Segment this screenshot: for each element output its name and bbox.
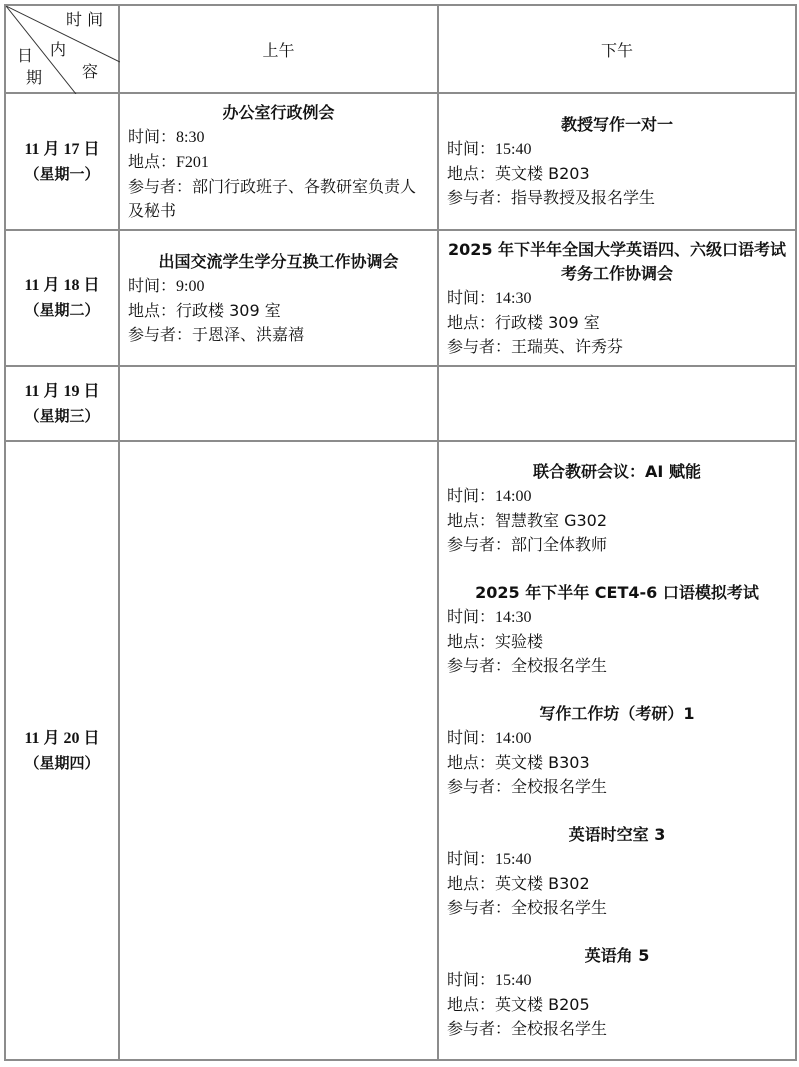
column-header-morning: 上午 [119, 5, 438, 93]
event-participants: 参与者：全校报名学生 [447, 1017, 787, 1041]
date-label: 11 月 18 日 [6, 274, 118, 298]
schedule-row-nov20: 11 月 20 日 （星期四） 联合教研会议：AI 赋能 时间：14:00 地点… [5, 441, 796, 1060]
event-title: 英语角 5 [447, 944, 787, 968]
weekday-label: （星期四） [6, 751, 118, 775]
schedule-row-nov19: 11 月 19 日 （星期三） [5, 366, 796, 441]
event-time: 时间：15:40 [447, 847, 787, 872]
morning-cell: 出国交流学生学分互换工作协调会 时间：9:00 地点：行政楼 309 室 参与者… [119, 230, 438, 366]
event-item: 英语时空室 3 时间：15:40 地点：英文楼 B302 参与者：全校报名学生 [447, 823, 787, 920]
event-place: 地点：智慧教室 G302 [447, 509, 787, 533]
event-participants: 参与者：全校报名学生 [447, 896, 787, 920]
event-participants: 参与者：全校报名学生 [447, 654, 787, 678]
weekday-label: （星期三） [6, 404, 118, 428]
date-label: 11 月 17 日 [6, 138, 118, 162]
header-row: 时 间 内 容 日 期 上午 下午 [5, 5, 796, 93]
date-cell: 11 月 19 日 （星期三） [5, 366, 119, 441]
column-header-afternoon: 下午 [438, 5, 796, 93]
weekday-label: （星期二） [6, 298, 118, 322]
event-place: 地点：实验楼 [447, 630, 787, 654]
event-participants: 参与者：王瑞英、许秀芬 [447, 335, 787, 359]
event-item: 英语角 5 时间：15:40 地点：英文楼 B205 参与者：全校报名学生 [447, 944, 787, 1041]
event-item: 2025 年下半年 CET4-6 口语模拟考试 时间：14:30 地点：实验楼 … [447, 581, 787, 678]
event-time: 时间：8:30 [128, 125, 429, 150]
event-place: 地点：行政楼 309 室 [128, 299, 429, 323]
weekday-label: （星期一） [6, 162, 118, 186]
schedule-row-nov18: 11 月 18 日 （星期二） 出国交流学生学分互换工作协调会 时间：9:00 … [5, 230, 796, 366]
event-item: 写作工作坊（考研）1 时间：14:00 地点：英文楼 B303 参与者：全校报名… [447, 702, 787, 799]
date-label: 11 月 20 日 [6, 727, 118, 751]
event-item: 办公室行政例会 时间：8:30 地点：F201 参与者：部门行政班子、各教研室负… [128, 101, 429, 223]
event-title: 教授写作一对一 [447, 113, 787, 137]
event-time: 时间：15:40 [447, 137, 787, 162]
event-place: 地点：英文楼 B303 [447, 751, 787, 775]
event-time: 时间：15:40 [447, 968, 787, 993]
event-time: 时间：14:30 [447, 286, 787, 311]
event-place: 地点：行政楼 309 室 [447, 311, 787, 335]
event-place: 地点：英文楼 B205 [447, 993, 787, 1017]
header-label-date-top: 日 [17, 48, 33, 64]
event-time: 时间：14:30 [447, 605, 787, 630]
event-participants: 参与者：部门全体教师 [447, 533, 787, 557]
date-cell: 11 月 18 日 （星期二） [5, 230, 119, 366]
weekly-schedule-table: 时 间 内 容 日 期 上午 下午 11 月 17 日 （星期一） 办公室行政例… [4, 4, 797, 1061]
event-title: 联合教研会议：AI 赋能 [447, 460, 787, 484]
header-label-time: 时 间 [66, 12, 103, 28]
event-title: 办公室行政例会 [128, 101, 429, 125]
date-cell: 11 月 17 日 （星期一） [5, 93, 119, 230]
event-participants: 参与者：于恩泽、洪嘉禧 [128, 323, 429, 347]
morning-cell-empty [119, 441, 438, 1060]
event-title: 英语时空室 3 [447, 823, 787, 847]
event-item: 教授写作一对一 时间：15:40 地点：英文楼 B203 参与者：指导教授及报名… [447, 113, 787, 210]
afternoon-cell: 联合教研会议：AI 赋能 时间：14:00 地点：智慧教室 G302 参与者：部… [438, 441, 796, 1060]
morning-cell-empty [119, 366, 438, 441]
event-item: 联合教研会议：AI 赋能 时间：14:00 地点：智慧教室 G302 参与者：部… [447, 460, 787, 557]
afternoon-cell: 2025 年下半年全国大学英语四、六级口语考试考务工作协调会 时间：14:30 … [438, 230, 796, 366]
event-title: 2025 年下半年全国大学英语四、六级口语考试考务工作协调会 [447, 238, 787, 286]
event-participants: 参与者：部门行政班子、各教研室负责人及秘书 [128, 175, 429, 223]
diagonal-header-cell: 时 间 内 容 日 期 [5, 5, 119, 93]
event-place: 地点：F201 [128, 150, 429, 175]
event-time: 时间：14:00 [447, 484, 787, 509]
event-participants: 参与者：指导教授及报名学生 [447, 186, 787, 210]
event-place: 地点：英文楼 B203 [447, 162, 787, 186]
schedule-row-nov17: 11 月 17 日 （星期一） 办公室行政例会 时间：8:30 地点：F201 … [5, 93, 796, 230]
date-cell: 11 月 20 日 （星期四） [5, 441, 119, 1060]
event-place: 地点：英文楼 B302 [447, 872, 787, 896]
event-time: 时间：14:00 [447, 726, 787, 751]
afternoon-cell-empty [438, 366, 796, 441]
event-participants: 参与者：全校报名学生 [447, 775, 787, 799]
event-item: 出国交流学生学分互换工作协调会 时间：9:00 地点：行政楼 309 室 参与者… [128, 250, 429, 347]
event-item: 2025 年下半年全国大学英语四、六级口语考试考务工作协调会 时间：14:30 … [447, 238, 787, 359]
morning-cell: 办公室行政例会 时间：8:30 地点：F201 参与者：部门行政班子、各教研室负… [119, 93, 438, 230]
event-time: 时间：9:00 [128, 274, 429, 299]
event-title: 写作工作坊（考研）1 [447, 702, 787, 726]
header-label-date-bottom: 期 [26, 70, 42, 86]
header-label-content-top: 内 [50, 42, 66, 58]
event-title: 2025 年下半年 CET4-6 口语模拟考试 [447, 581, 787, 605]
event-title: 出国交流学生学分互换工作协调会 [128, 250, 429, 274]
afternoon-cell: 教授写作一对一 时间：15:40 地点：英文楼 B203 参与者：指导教授及报名… [438, 93, 796, 230]
date-label: 11 月 19 日 [6, 380, 118, 404]
header-label-content-bottom: 容 [82, 64, 98, 80]
